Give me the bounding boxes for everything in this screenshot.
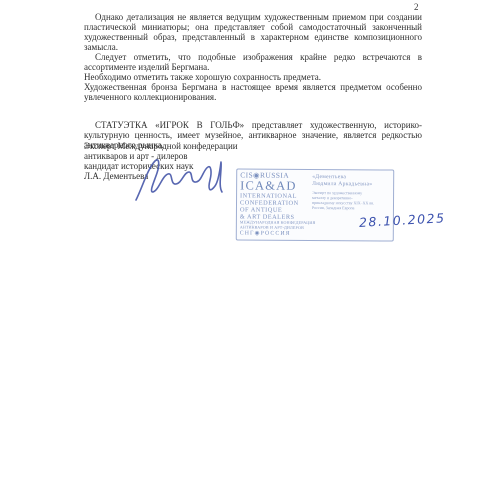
- stamp-org-block: CIS◉RUSSIA ICA&AD INTERNATIONAL CONFEDER…: [237, 169, 305, 239]
- stamp-org-ru-line: АНТИКВАРОВ И АРТ-ДИЛЕРОВ: [240, 225, 305, 230]
- stamp-expert-desc-line: Россия, Западная Европа: [312, 206, 391, 211]
- paragraph: Необходимо отметить также хорошую сохран…: [84, 72, 422, 82]
- stamp-org-monogram: ICA&AD: [240, 179, 305, 192]
- stamp-expert-block: «Дементьева Людмила Аркадьевна» Эксперт …: [305, 170, 393, 241]
- organization-stamp: CIS◉RUSSIA ICA&AD INTERNATIONAL CONFEDER…: [236, 168, 394, 241]
- handwritten-date: 28.10.2025: [359, 210, 446, 230]
- stamp-expert-description: Эксперт по художественному металлу и дек…: [312, 191, 391, 211]
- page-number: 2: [414, 2, 419, 12]
- body-text: Однако детализация не является ведущим х…: [84, 12, 422, 150]
- handwritten-signature-ink: [132, 154, 226, 208]
- signoff-line: Эксперт Международной конфедерации: [84, 141, 284, 151]
- paragraph: Однако детализация не является ведущим х…: [84, 12, 422, 52]
- stamp-expert-name-line: Людмила Аркадьевна»: [312, 181, 391, 188]
- paragraph: Следует отметить, что подобные изображен…: [84, 52, 422, 72]
- document-page: 2 Однако детализация не является ведущим…: [0, 0, 500, 500]
- stamp-org-ru-bottom: СНГ◉РОССИЯ: [240, 231, 305, 238]
- paragraph: Художественная бронза Бергмана в настоящ…: [84, 82, 422, 102]
